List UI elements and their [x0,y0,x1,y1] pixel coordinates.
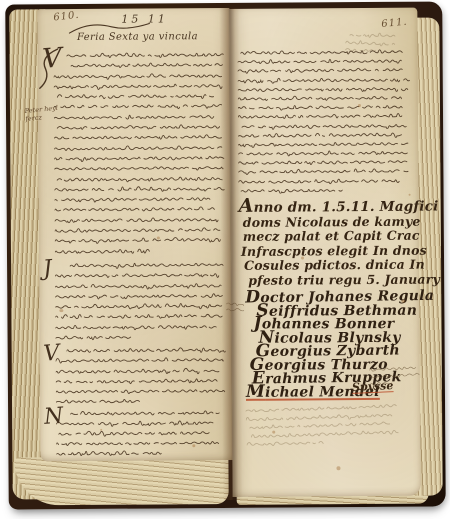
margin-note: Peter heyl fercz [24,104,61,123]
fox-spot [272,431,275,434]
fox-spot [301,256,304,259]
manuscript-photo: 610. 15 11 Feria Sexta ya vincula V Pete… [0,0,450,519]
manuscript-text-block [238,48,411,196]
election-entry-line: Anno dm. 1.5.11. Magfici [239,198,415,216]
paragraph-initial: J [42,259,52,280]
gutter-note [226,301,244,313]
consul-name: Johannes Bonner [253,317,419,331]
right-page: 611. Anno dm. 1.5.11. Magficidoms Nicola… [229,8,420,497]
fox-spot [336,466,340,470]
fox-spot [358,104,361,107]
entry-heading-left: Feria Sexta ya vincula [65,31,209,43]
show-through-text [246,402,399,450]
fox-spot [401,300,405,303]
script-line [239,186,411,196]
script-line [56,448,220,459]
script-line [56,396,226,407]
fox-spot [100,429,102,431]
mendel-annotation: Spysse [352,379,394,394]
election-entry: Anno dm. 1.5.11. Magficidoms Nicolaus de… [239,198,416,288]
fox-spot [409,194,411,196]
manuscript-text-block [54,50,225,257]
manuscript-text-block [55,260,226,344]
script-line [55,246,225,257]
manuscript-text-block [56,408,220,459]
fox-spot [59,309,63,312]
left-page: 610. 15 11 Feria Sexta ya vincula V Pete… [37,8,232,461]
election-entry-line: pfesto triu regu 5. January [248,272,415,288]
book: 610. 15 11 Feria Sexta ya vincula V Pete… [5,1,446,509]
fox-spot [192,444,195,447]
page-stack-bottom-left [14,456,228,505]
manuscript-text-block [56,345,226,408]
script-line [56,332,226,343]
consul-name: Doctor Johanes Regula [245,289,419,305]
consul-name: Georgius Zybarth [256,343,420,359]
script-line [226,307,244,313]
folio-number-right: 611. [381,17,408,30]
fox-spot [157,236,160,239]
